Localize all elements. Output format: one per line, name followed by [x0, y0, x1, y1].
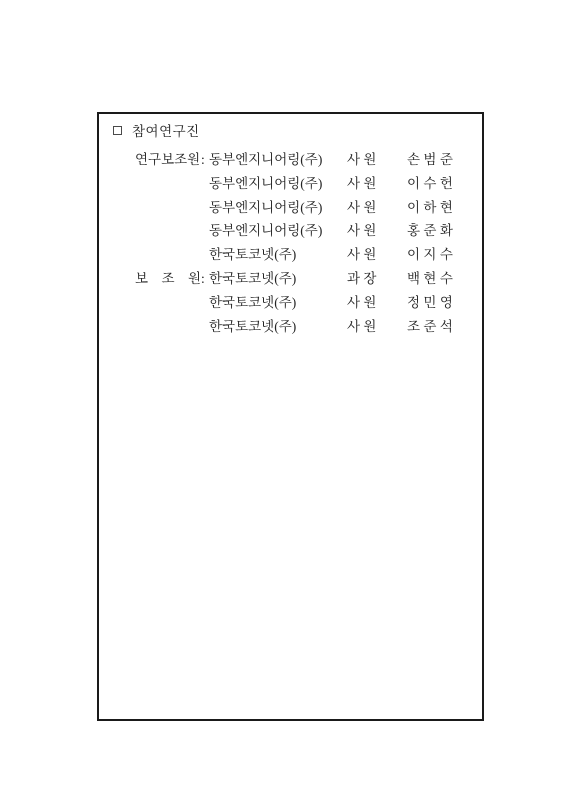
company-cell: 동부엔지니어링(주) [209, 219, 322, 243]
rank-cell: 사 원 [347, 172, 375, 196]
company-cell: 한국토코넷(주) [209, 267, 296, 291]
name-cell: 백 현 수 [407, 267, 452, 291]
group-colon: : [201, 148, 205, 172]
company-cell: 동부엔지니어링(주) [209, 148, 322, 172]
company-cell: 한국토코넷(주) [209, 243, 296, 267]
rank-cell: 사 원 [347, 291, 375, 315]
table-row: 동부엔지니어링(주) 사 원 이 하 현 [99, 196, 482, 220]
name-cell: 손 범 준 [407, 148, 452, 172]
rank-cell: 사 원 [347, 196, 375, 220]
section-title: 참여연구진 [132, 124, 200, 139]
document-page: 참여연구진 연구보조원 : 동부엔지니어링(주) 사 원 손 범 준 동부엔지니… [0, 0, 584, 800]
table-row: 동부엔지니어링(주) 사 원 이 수 헌 [99, 172, 482, 196]
name-cell: 이 하 현 [407, 196, 452, 220]
name-cell: 이 지 수 [407, 243, 452, 267]
section-header: 참여연구진 [113, 123, 200, 141]
name-cell: 조 준 석 [407, 315, 452, 339]
rank-cell: 과 장 [347, 267, 375, 291]
table-row: 한국토코넷(주) 사 원 조 준 석 [99, 315, 482, 339]
table-row: 한국토코넷(주) 사 원 정 민 영 [99, 291, 482, 315]
rank-cell: 사 원 [347, 315, 375, 339]
rank-cell: 사 원 [347, 148, 375, 172]
rank-cell: 사 원 [347, 219, 375, 243]
square-bullet-icon [113, 126, 122, 135]
name-cell: 홍 준 화 [407, 219, 452, 243]
group-colon: : [201, 267, 205, 291]
content-frame: 참여연구진 연구보조원 : 동부엔지니어링(주) 사 원 손 범 준 동부엔지니… [97, 112, 484, 721]
table-row: 동부엔지니어링(주) 사 원 홍 준 화 [99, 219, 482, 243]
participants-table: 연구보조원 : 동부엔지니어링(주) 사 원 손 범 준 동부엔지니어링(주) … [99, 148, 482, 338]
table-row: 보 조 원 : 한국토코넷(주) 과 장 백 현 수 [99, 267, 482, 291]
group-label: 연구보조원 [135, 148, 201, 172]
company-cell: 동부엔지니어링(주) [209, 172, 322, 196]
table-row: 연구보조원 : 동부엔지니어링(주) 사 원 손 범 준 [99, 148, 482, 172]
group-label: 보 조 원 [135, 267, 201, 291]
company-cell: 한국토코넷(주) [209, 291, 296, 315]
name-cell: 정 민 영 [407, 291, 452, 315]
company-cell: 동부엔지니어링(주) [209, 196, 322, 220]
table-row: 한국토코넷(주) 사 원 이 지 수 [99, 243, 482, 267]
name-cell: 이 수 헌 [407, 172, 452, 196]
company-cell: 한국토코넷(주) [209, 315, 296, 339]
rank-cell: 사 원 [347, 243, 375, 267]
